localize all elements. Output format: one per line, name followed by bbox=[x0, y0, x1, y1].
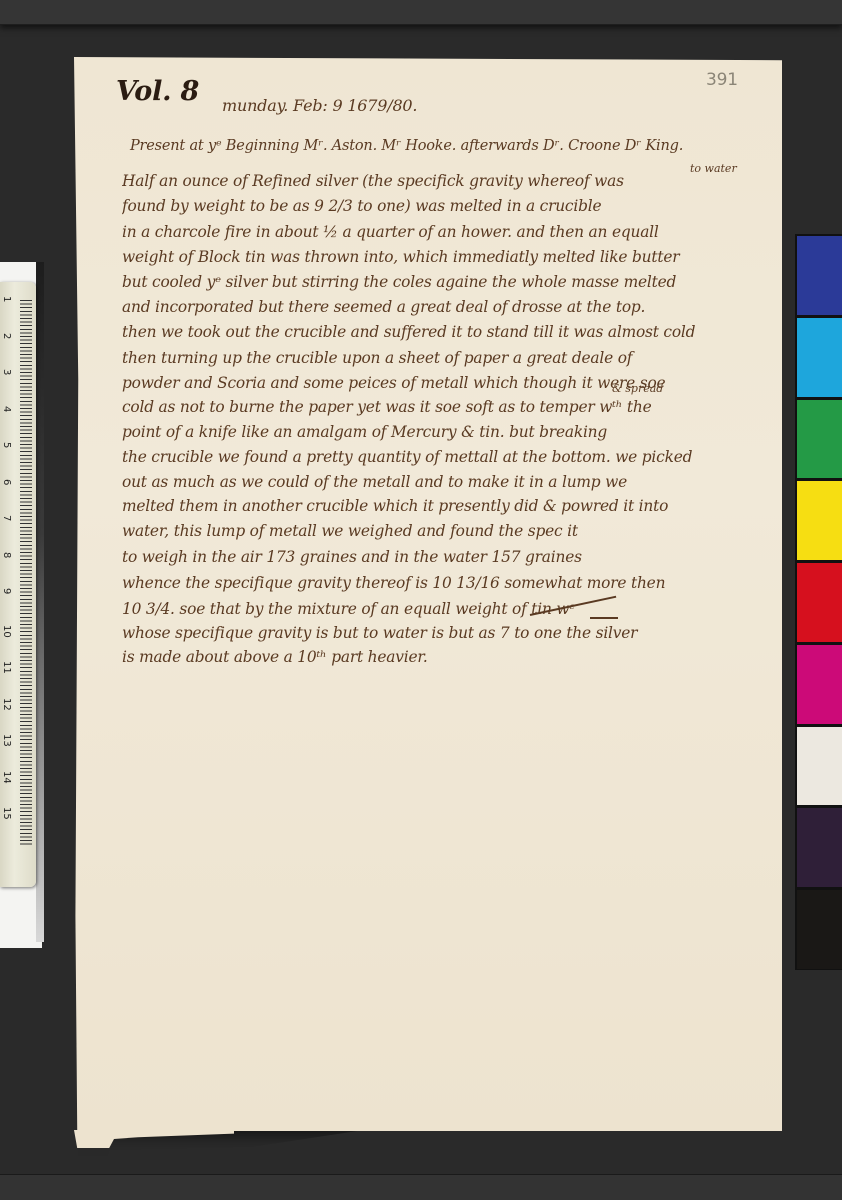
manuscript-line: Half an ounce of Refined silver (the spe… bbox=[122, 172, 782, 190]
color-swatch-blue bbox=[797, 236, 842, 315]
manuscript-line: melted them in another crucible which it… bbox=[122, 497, 782, 515]
manuscript-line: then turning up the crucible upon a shee… bbox=[122, 349, 782, 367]
folio-number: 391 bbox=[706, 70, 738, 90]
manuscript-line: weight of Block tin was thrown into, whi… bbox=[122, 248, 782, 266]
manuscript-page bbox=[74, 57, 782, 1131]
ruler-number: 8 bbox=[1, 552, 12, 558]
attendance-line: Present at yᵉ Beginning Mʳ. Aston. Mʳ Ho… bbox=[130, 138, 683, 154]
ruler-number: 7 bbox=[1, 515, 12, 521]
closing-dash bbox=[590, 617, 618, 619]
gray-scale-strip bbox=[36, 262, 44, 942]
manuscript-line: to weigh in the air 173 graines and in t… bbox=[122, 548, 782, 566]
mount-board-top bbox=[0, 0, 842, 25]
volume-label: Vol. 8 bbox=[116, 76, 199, 107]
manuscript-line: point of a knife like an amalgam of Merc… bbox=[122, 423, 782, 441]
color-swatch-red bbox=[797, 563, 842, 642]
color-swatch-magenta bbox=[797, 645, 842, 724]
ruler-number: 15 bbox=[1, 807, 12, 820]
manuscript-line: whence the specifique gravity thereof is… bbox=[122, 574, 782, 592]
manuscript-line: water, this lump of metall we weighed an… bbox=[122, 522, 782, 540]
manuscript-line: but cooled yᵉ silver but stirring the co… bbox=[122, 273, 782, 291]
ruler-number: 10 bbox=[1, 625, 12, 638]
color-swatch-black bbox=[797, 890, 842, 969]
color-swatch-yellow bbox=[797, 481, 842, 560]
manuscript-line: in a charcole fire in about ½ a quarter … bbox=[122, 223, 782, 241]
ruler-number: 12 bbox=[1, 698, 12, 711]
ruler-number: 9 bbox=[1, 588, 12, 594]
manuscript-line: found by weight to be as 9 2/3 to one) w… bbox=[122, 197, 782, 215]
date-line: munday. Feb: 9 1679/80. bbox=[222, 96, 417, 115]
ruler-number: 14 bbox=[1, 771, 12, 784]
color-swatch-white bbox=[797, 727, 842, 806]
ruler-number: 5 bbox=[1, 442, 12, 448]
manuscript-line: out as much as we could of the metall an… bbox=[122, 473, 782, 491]
manuscript-line: 10 3/4. soe that by the mixture of an eq… bbox=[122, 600, 782, 618]
ruler-number: 6 bbox=[1, 479, 12, 485]
mount-board-bottom bbox=[0, 1174, 842, 1200]
ruler-number: 13 bbox=[1, 734, 12, 747]
manuscript-line: whose specifique gravity is but to water… bbox=[122, 624, 782, 642]
color-checker bbox=[795, 234, 842, 970]
color-swatch-cyan bbox=[797, 318, 842, 397]
ruler-number: 1 bbox=[1, 296, 12, 302]
manuscript-line: the crucible we found a pretty quantity … bbox=[122, 448, 782, 466]
manuscript-line: cold as not to burne the paper yet was i… bbox=[122, 398, 782, 416]
ruler-number: 3 bbox=[1, 369, 12, 375]
color-swatch-dark-purple bbox=[797, 808, 842, 887]
ruler-number: 2 bbox=[1, 333, 12, 339]
manuscript-line: then we took out the crucible and suffer… bbox=[122, 323, 782, 341]
page-torn-corner bbox=[74, 1130, 234, 1148]
manuscript-line: powder and Scoria and some peices of met… bbox=[122, 374, 782, 392]
manuscript-line: and incorporated but there seemed a grea… bbox=[122, 298, 782, 316]
ruler-number: 4 bbox=[1, 406, 12, 412]
ruler-ticks bbox=[20, 300, 32, 846]
manuscript-line: is made about above a 10ᵗʰ part heavier. bbox=[122, 648, 782, 666]
color-swatch-green bbox=[797, 400, 842, 479]
ruler-number: 11 bbox=[1, 661, 12, 674]
